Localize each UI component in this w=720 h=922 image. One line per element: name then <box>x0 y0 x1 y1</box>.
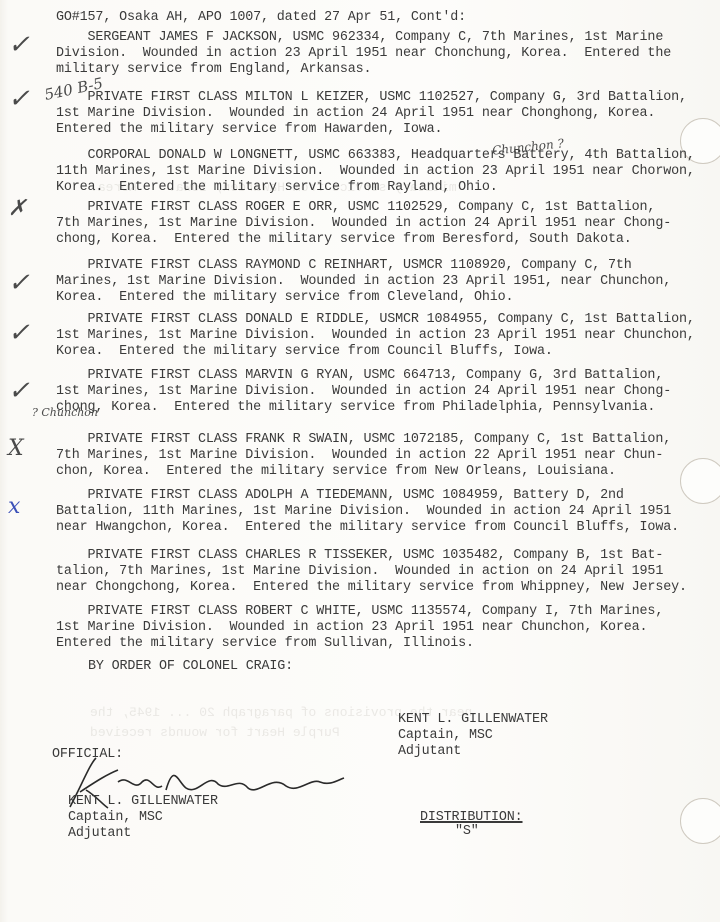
entry-line: PRIVATE FIRST CLASS RAYMOND C REINHART, … <box>56 258 632 274</box>
entry-line: Korea. Entered the military service from… <box>56 180 498 196</box>
location-query-note: ? Chunchon <box>32 406 98 419</box>
entry-line: talion, 7th Marines, 1st Marine Division… <box>56 564 663 580</box>
entry-line: PRIVATE FIRST CLASS ROBERT C WHITE, USMC… <box>56 604 663 620</box>
entry-line: PRIVATE FIRST CLASS CHARLES R TISSEKER, … <box>56 548 663 564</box>
entry-line: SERGEANT JAMES F JACKSON, USMC 962334, C… <box>56 30 663 46</box>
entry-line: near Hwangchon, Korea. Entered the milit… <box>56 520 679 536</box>
entry-line: Korea. Entered the military service from… <box>56 344 553 360</box>
checkmark-icon: ✓ <box>8 376 30 406</box>
entry-line: military service from England, Arkansas. <box>56 62 371 78</box>
entry-line: near Chongchong, Korea. Entered the mili… <box>56 580 687 596</box>
right-signatory-name: KENT L. GILLENWATER <box>398 712 548 728</box>
cross-mark-icon: ✗ <box>8 196 26 221</box>
entry-line: Division. Wounded in action 23 April 195… <box>56 46 671 62</box>
entry-line: 11th Marines, 1st Marine Division. Wound… <box>56 164 695 180</box>
entry-line: Entered the military service from Sulliv… <box>56 636 474 652</box>
punch-hole <box>680 798 720 844</box>
entry-line: 7th Marines, 1st Marine Division. Wounde… <box>56 448 663 464</box>
entry-line: 1st Marine Division. Wounded in action 2… <box>56 106 655 122</box>
entry-line: 1st Marine Division. Wounded in action 2… <box>56 620 647 636</box>
cross-mark-icon: X <box>8 436 24 461</box>
distribution-value: "S" <box>455 824 479 840</box>
entry-line: CORPORAL DONALD W LONGNETT, USMC 663383,… <box>56 148 695 164</box>
punch-hole <box>680 458 720 504</box>
entry-line: Marines, 1st Marine Division. Wounded in… <box>56 274 671 290</box>
checkmark-icon: ✓ <box>8 318 30 348</box>
entry-line: PRIVATE FIRST CLASS FRANK R SWAIN, USMC … <box>56 432 671 448</box>
entry-line: PRIVATE FIRST CLASS ROGER E ORR, USMC 11… <box>56 200 655 216</box>
entry-line: 1st Marines, 1st Marine Division. Wounde… <box>56 384 671 400</box>
checkmark-icon: ✓ <box>8 30 30 60</box>
right-signatory-rank: Captain, MSC <box>398 728 493 744</box>
entry-line: PRIVATE FIRST CLASS ADOLPH A TIEDEMANN, … <box>56 488 624 504</box>
checkmark-icon: ✓ <box>8 84 30 114</box>
left-signatory-title: Adjutant <box>68 826 131 842</box>
entry-line: Korea. Entered the military service from… <box>56 290 513 306</box>
entry-line: Entered the military service from Haward… <box>56 122 442 138</box>
right-signatory-title: Adjutant <box>398 744 461 760</box>
entry-line: PRIVATE FIRST CLASS MILTON L KEIZER, USM… <box>56 90 687 106</box>
entry-line: PRIVATE FIRST CLASS MARVIN G RYAN, USMC … <box>56 368 663 384</box>
entry-line: 7th Marines, 1st Marine Division. Wounde… <box>56 216 671 232</box>
document-header: GO#157, Osaka AH, APO 1007, dated 27 Apr… <box>56 10 466 26</box>
document-page: military service from Hawarden, Iowa. Ko… <box>0 0 720 922</box>
entry-line: Battalion, 11th Marines, 1st Marine Divi… <box>56 504 671 520</box>
left-signatory-name: KENT L. GILLENWATER <box>68 794 218 810</box>
checkmark-icon: ✓ <box>8 268 30 298</box>
entry-line: PRIVATE FIRST CLASS DONALD E RIDDLE, USM… <box>56 312 695 328</box>
order-line: BY ORDER OF COLONEL CRAIG: <box>88 659 293 675</box>
cross-mark-icon: x <box>8 494 20 519</box>
entry-line: chong, Korea. Entered the military servi… <box>56 232 632 248</box>
entry-line: 1st Marines, 1st Marine Division. Wounde… <box>56 328 695 344</box>
entry-line: chong, Korea. Entered the military servi… <box>56 400 655 416</box>
entry-line: chon, Korea. Entered the military servic… <box>56 464 616 480</box>
left-signatory-rank: Captain, MSC <box>68 810 163 826</box>
